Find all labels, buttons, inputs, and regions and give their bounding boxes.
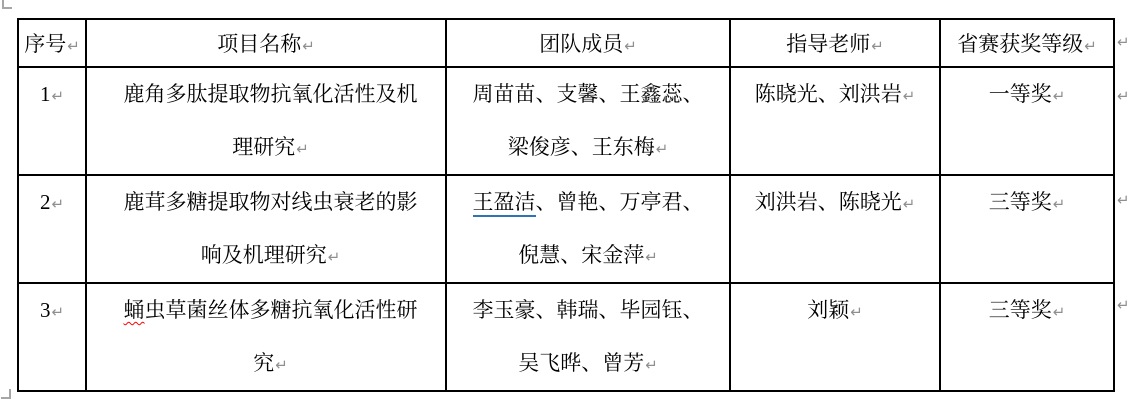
team-text: 吴飞晔、曾芳 [518,351,644,375]
paragraph-mark-icon: ↵ [645,248,658,266]
project-text: 响及机理研究 [201,243,327,267]
paragraph-mark-icon: ↵ [1053,87,1066,105]
document-page: 序号↵ 项目名称↵ 团队成员↵ 指导老师↵ 省赛获奖等级↵ 1↵ 鹿角多肽提取物… [0,0,1131,400]
paragraph-mark-icon: ↵ [1053,303,1066,321]
cell-award-2[interactable]: 三等奖↵ [940,175,1114,283]
project-text: 鹿茸多糖提取物对线虫衰老的影 [124,190,418,214]
table-row: 1↵ 鹿角多肽提取物抗氧化活性及机 理研究↵ 周苗苗、支馨、王鑫蕊、 梁俊彦、王… [18,67,1114,175]
team-text: 倪慧、宋金萍 [518,243,644,267]
team-text: 、曾艳、万亭君、 [536,190,704,214]
cell-team-3[interactable]: 李玉豪、韩瑞、毕园钰、 吴飞晔、曾芳↵ [446,283,730,391]
clipped-paragraph-mark-top [2,0,12,9]
clipped-paragraph-mark-bottom [1,389,11,399]
spellcheck-flagged-char: 蛹 [124,298,145,322]
paragraph-mark-icon: ↵ [903,87,916,105]
header-project-label: 项目名称 [217,32,301,56]
cell-award-1[interactable]: 一等奖↵ [940,67,1114,175]
table-row: 2↵ 鹿茸多糖提取物对线虫衰老的影 响及机理研究↵ 王盈洁、曾艳、万亭君、 倪慧… [18,175,1114,283]
paragraph-mark-icon: ↵ [51,303,64,321]
paragraph-mark-icon: ↵ [645,356,658,374]
paragraph-mark-icon: ↵ [871,37,884,55]
project-text: 虫草菌丝体多糖抗氧化活性研 [145,298,418,322]
row-number: 2 [40,190,51,214]
paragraph-mark-icon: ↵ [51,195,64,213]
header-project-name[interactable]: 项目名称↵ [86,19,446,67]
row-number: 3 [40,298,51,322]
underlined-name: 王盈洁 [473,190,536,217]
header-team-members[interactable]: 团队成员↵ [446,19,730,67]
cell-no-2[interactable]: 2↵ [18,175,86,283]
row-end-mark-icon: ↵ [1117,34,1130,50]
paragraph-mark-icon: ↵ [1084,37,1097,55]
paragraph-mark-icon: ↵ [67,37,80,55]
cell-award-3[interactable]: 三等奖↵ [940,283,1114,391]
row-number: 1 [40,82,51,106]
cell-advisors-3[interactable]: 刘颖↵ [730,283,940,391]
award-text: 三等奖 [989,190,1052,214]
row-end-mark-icon: ↵ [1117,88,1130,104]
cell-no-1[interactable]: 1↵ [18,67,86,175]
team-text: 梁俊彦、王东梅 [508,135,655,159]
paragraph-mark-icon: ↵ [850,303,863,321]
header-no-label: 序号 [24,32,66,56]
paragraph-mark-icon: ↵ [275,356,288,374]
award-text: 三等奖 [989,298,1052,322]
project-text: 理研究 [232,135,295,159]
cell-advisors-1[interactable]: 陈晓光、刘洪岩↵ [730,67,940,175]
header-advisors-label: 指导老师 [786,32,870,56]
paragraph-mark-icon: ↵ [1053,195,1066,213]
header-award-level[interactable]: 省赛获奖等级↵ [940,19,1114,67]
cell-team-1[interactable]: 周苗苗、支馨、王鑫蕊、 梁俊彦、王东梅↵ [446,67,730,175]
paragraph-mark-icon: ↵ [302,37,315,55]
header-no[interactable]: 序号↵ [18,19,86,67]
table-row: 3↵ 蛹虫草菌丝体多糖抗氧化活性研 究↵ 李玉豪、韩瑞、毕园钰、 吴飞晔、曾芳↵… [18,283,1114,391]
paragraph-mark-icon: ↵ [51,87,64,105]
cell-team-2[interactable]: 王盈洁、曾艳、万亭君、 倪慧、宋金萍↵ [446,175,730,283]
advisors-text: 刘颖 [807,298,849,322]
header-award-label: 省赛获奖等级 [957,32,1083,56]
awards-table: 序号↵ 项目名称↵ 团队成员↵ 指导老师↵ 省赛获奖等级↵ 1↵ 鹿角多肽提取物… [17,18,1115,392]
row-end-mark-icon: ↵ [1117,192,1130,208]
cell-no-3[interactable]: 3↵ [18,283,86,391]
header-team-label: 团队成员 [539,32,623,56]
paragraph-mark-icon: ↵ [624,37,637,55]
cell-project-1[interactable]: 鹿角多肽提取物抗氧化活性及机 理研究↵ [86,67,446,175]
advisors-text: 刘洪岩、陈晓光 [755,190,902,214]
paragraph-mark-icon: ↵ [296,140,309,158]
team-text: 李玉豪、韩瑞、毕园钰、 [473,298,704,322]
cell-project-3[interactable]: 蛹虫草菌丝体多糖抗氧化活性研 究↵ [86,283,446,391]
row-end-mark-icon: ↵ [1117,297,1130,313]
header-row: 序号↵ 项目名称↵ 团队成员↵ 指导老师↵ 省赛获奖等级↵ [18,19,1114,67]
advisors-text: 陈晓光、刘洪岩 [755,82,902,106]
paragraph-mark-icon: ↵ [328,248,341,266]
team-text: 周苗苗、支馨、王鑫蕊、 [473,82,704,106]
project-text: 究 [253,351,274,375]
header-advisors[interactable]: 指导老师↵ [730,19,940,67]
paragraph-mark-icon: ↵ [903,195,916,213]
cell-advisors-2[interactable]: 刘洪岩、陈晓光↵ [730,175,940,283]
award-text: 一等奖 [989,82,1052,106]
paragraph-mark-icon: ↵ [656,140,669,158]
project-text: 鹿角多肽提取物抗氧化活性及机 [124,82,418,106]
cell-project-2[interactable]: 鹿茸多糖提取物对线虫衰老的影 响及机理研究↵ [86,175,446,283]
